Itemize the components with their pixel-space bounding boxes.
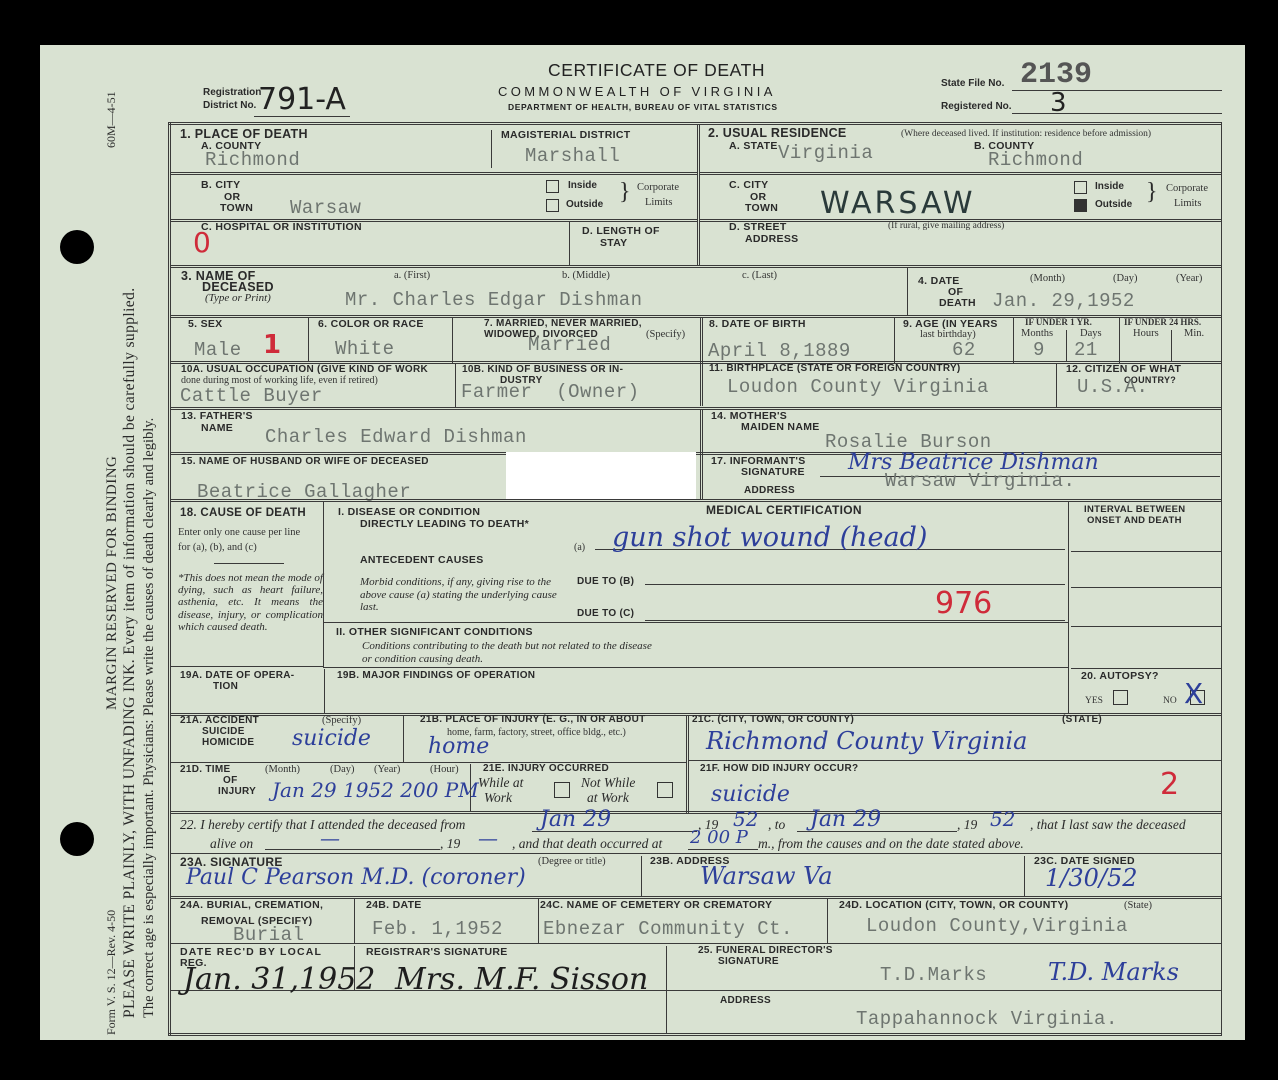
line xyxy=(688,849,758,850)
sex-value: Male xyxy=(194,339,242,361)
under24-label: IF UNDER 24 HRS. xyxy=(1124,318,1201,328)
injury-time-label-3: INJURY xyxy=(218,787,256,798)
occupation-label: 10a. USUAL OCCUPATION (Give kind of work xyxy=(181,365,428,376)
place-city-value: Warsaw xyxy=(290,197,361,219)
residence-inside-label: Inside xyxy=(1095,181,1124,192)
residence-outside-checkbox[interactable] xyxy=(1074,199,1087,212)
form-code: Form V. S. 12—Rev. 4-50 xyxy=(104,910,119,1035)
row-divider xyxy=(171,499,1221,502)
operation-findings-label: 19b. MAJOR FINDINGS OF OPERATION xyxy=(337,671,535,682)
injury-time-label: 21d. TIME xyxy=(180,765,231,776)
place-outside-checkbox[interactable] xyxy=(546,199,559,212)
death-time-value[interactable]: 2 00 P xyxy=(690,827,748,848)
row-divider xyxy=(700,172,1221,175)
divider xyxy=(689,760,1221,761)
binding-hole-top xyxy=(60,230,94,264)
funeral-director-typed: T.D.Marks xyxy=(880,964,987,986)
autopsy-yes-checkbox[interactable] xyxy=(1113,690,1128,705)
business-value: Farmer (Owner) xyxy=(461,381,640,403)
last-name-label: c. (Last) xyxy=(742,270,777,282)
line xyxy=(666,990,1221,991)
not-while-at-work-checkbox[interactable] xyxy=(657,782,673,798)
injury-location-label: 21c. (CITY, TOWN, OR COUNTY) xyxy=(692,715,854,726)
mother-label-2: MAIDEN NAME xyxy=(741,422,820,433)
burial-method-label: 24a. BURIAL, CREMATION, xyxy=(180,900,323,911)
certificate-title: CERTIFICATE OF DEATH xyxy=(548,60,765,81)
stay-divider xyxy=(569,222,570,266)
hospital-value: 0 xyxy=(193,226,211,259)
burial-date-value: Feb. 1,1952 xyxy=(372,918,503,940)
autopsy-no-label: NO xyxy=(1163,696,1177,706)
middle-name-label: b. (Middle) xyxy=(562,270,610,282)
divider xyxy=(171,666,323,667)
dod-label-3: DEATH xyxy=(939,298,976,309)
redaction-box xyxy=(506,452,696,500)
registered-no-value: 3 xyxy=(1050,88,1067,118)
occupation-value: Cattle Buyer xyxy=(180,385,323,407)
medical-certification-label: MEDICAL CERTIFICATION xyxy=(706,504,862,517)
limits-label: Limits xyxy=(645,197,672,209)
father-label: 13. FATHER'S xyxy=(181,411,253,422)
department-name: DEPARTMENT OF HEALTH, BUREAU OF VITAL ST… xyxy=(508,102,778,112)
row-divider xyxy=(171,853,1221,854)
deceased-name-value: Mr. Charles Edgar Dishman xyxy=(345,289,643,311)
magisterial-label: MAGISTERIAL DISTRICT xyxy=(501,130,630,141)
citizen-value: U.S.A. xyxy=(1077,376,1148,398)
text-to: , to xyxy=(768,817,785,833)
injury-type-label-3: HOMICIDE xyxy=(202,738,254,749)
under1-label: IF UNDER 1 YR. xyxy=(1025,318,1092,328)
burial-state-label: (State) xyxy=(1124,900,1152,912)
row-divider xyxy=(171,407,1221,410)
last-saw-text: , that I last saw the deceased xyxy=(1030,817,1186,833)
city-town-label: TOWN xyxy=(220,203,253,214)
divider xyxy=(1171,330,1172,362)
divider xyxy=(894,318,895,363)
sex-label: 5. SEX xyxy=(188,319,222,330)
name-label-3: (Type or Print) xyxy=(205,292,271,305)
divider xyxy=(1024,856,1025,896)
residence-state-label: a. STATE xyxy=(729,141,778,152)
divider xyxy=(1056,363,1057,407)
birthplace-value: Loudon County Virginia xyxy=(727,376,989,398)
interval-line xyxy=(1071,551,1221,552)
time-day-label: (Day) xyxy=(330,764,355,776)
funeral-director-label-2: SIGNATURE xyxy=(718,957,779,968)
divider xyxy=(1071,668,1221,669)
funeral-director-signature[interactable]: T.D. Marks xyxy=(1048,958,1179,986)
divider xyxy=(1119,318,1120,363)
residence-note: (Where deceased lived. If institution: r… xyxy=(901,129,1151,139)
divider xyxy=(455,363,456,407)
cause-line-c xyxy=(645,620,1065,621)
interval-divider xyxy=(1068,502,1069,714)
cause-a-value[interactable]: gun shot wound (head) xyxy=(612,522,927,553)
marital-specify: (Specify) xyxy=(646,329,685,341)
divider xyxy=(308,318,309,362)
interval-label: INTERVAL BETWEEN xyxy=(1084,505,1185,515)
burial-date-label: 24b. DATE xyxy=(366,900,422,911)
days-value: 21 xyxy=(1074,339,1098,361)
injury-location-value[interactable]: Richmond County Virginia xyxy=(706,727,1027,755)
cause-instruction-2: for (a), (b), and (c) xyxy=(178,542,257,554)
date-signed-value[interactable]: 1/30/52 xyxy=(1045,864,1138,892)
part2-note: Conditions contributing to the death but… xyxy=(362,640,662,665)
residence-city-value: WARSAW xyxy=(820,186,976,221)
certificate-subtitle: COMMONWEALTH OF VIRGINIA xyxy=(498,84,776,99)
injury-place-label: 21b. PLACE OF INJURY (e. g., in or about xyxy=(420,715,646,726)
binding-notice: MARGIN RESERVED FOR BINDING xyxy=(104,456,121,710)
autopsy-yes-label: YES xyxy=(1085,696,1103,706)
residence-label: 2. USUAL RESIDENCE xyxy=(708,127,847,140)
time-month-label: (Month) xyxy=(265,764,300,776)
registrar-signature-value[interactable]: Mrs. M.F. Sisson xyxy=(395,962,648,997)
line-b-label: DUE TO (b) xyxy=(577,577,634,588)
not-while-label-2: at Work xyxy=(587,790,629,806)
row-divider xyxy=(171,943,1221,944)
row-divider xyxy=(171,172,697,175)
stay-label: d. LENGTH OF xyxy=(582,226,660,237)
residence-city-label: c. CITY xyxy=(729,180,768,191)
registrar-label: REGISTRAR'S SIGNATURE xyxy=(366,947,508,958)
cause-line-b xyxy=(645,584,1065,585)
injury-type-value[interactable]: suicide xyxy=(292,726,371,751)
frame-top xyxy=(168,122,1222,125)
injury-time-value[interactable]: Jan 29 1952 200 PM xyxy=(272,778,479,802)
race-label: 6. COLOR OR RACE xyxy=(318,319,424,330)
street-label-2: ADDRESS xyxy=(745,234,798,245)
operation-date-label-2: TION xyxy=(213,682,238,693)
cause-instruction-1: Enter only one cause per line xyxy=(178,527,300,539)
first-name-label: a. (First) xyxy=(394,270,430,282)
informant-label-2: SIGNATURE xyxy=(741,467,805,478)
divider xyxy=(641,856,642,896)
hours-label: Hours xyxy=(1133,328,1159,340)
magisterial-value: Marshall xyxy=(525,145,620,167)
residence-city-town: TOWN xyxy=(745,203,778,214)
street-note: (If rural, give mailing address) xyxy=(888,221,1004,231)
stay-label-2: STAY xyxy=(600,238,627,249)
line xyxy=(265,849,440,850)
age-value: 62 xyxy=(952,339,976,361)
text-19: , 19 xyxy=(957,817,977,833)
autopsy-no-mark: X xyxy=(1184,677,1203,710)
divider xyxy=(538,899,539,943)
injury-time-label-2: OF xyxy=(223,776,238,787)
antecedent-note: Morbid conditions, if any, giving rise t… xyxy=(360,576,570,614)
street-label: d. STREET xyxy=(729,222,787,233)
divider xyxy=(686,716,689,813)
brace: } xyxy=(1146,179,1158,206)
divider xyxy=(323,667,1068,668)
residence-county-value: Richmond xyxy=(988,149,1083,171)
divider xyxy=(452,318,453,363)
frame-bottom xyxy=(168,1033,1222,1036)
injury-type-label: 21a. ACCIDENT xyxy=(180,716,259,727)
place-inside-checkbox[interactable] xyxy=(546,180,559,193)
row-divider xyxy=(171,265,1221,268)
attended-from-value[interactable]: Jan 29 xyxy=(540,807,611,832)
cause-footnote: *This does not mean the mode of dying, s… xyxy=(178,572,323,633)
months-value: 9 xyxy=(1033,339,1045,361)
registration-district-value: 791-A xyxy=(258,82,346,117)
burial-location-label: 24d. LOCATION (City, town, or county) xyxy=(839,900,1068,911)
burial-location-value: Loudon County,Virginia xyxy=(866,915,1128,937)
row-divider xyxy=(171,811,1221,814)
injury-occurred-label: 21e. INJURY OCCURRED xyxy=(483,764,609,775)
injury-type-specify: (Specify) xyxy=(322,715,361,727)
operation-date-label: 19a. DATE OF OPERA- xyxy=(180,671,294,682)
cause-of-death-label: 18. CAUSE OF DEATH xyxy=(180,507,306,519)
divider xyxy=(403,716,404,762)
divider xyxy=(470,764,471,812)
father-value: Charles Edward Dishman xyxy=(265,426,527,448)
inside-label: Inside xyxy=(568,180,597,191)
not-while-label: Not While xyxy=(581,775,635,791)
divider xyxy=(827,899,828,943)
interval-line xyxy=(1071,587,1221,588)
injury-how-value[interactable]: suicide xyxy=(711,782,790,807)
while-at-work-label: While at xyxy=(478,775,523,791)
antecedent-label: ANTECEDENT CAUSES xyxy=(360,555,484,566)
divider xyxy=(354,899,355,943)
interval-line xyxy=(1071,626,1221,627)
informant-address-label: ADDRESS xyxy=(744,486,795,497)
while-at-work-label-2: Work xyxy=(484,790,512,806)
marital-label: 7. MARRIED, NEVER MARRIED, xyxy=(484,319,642,330)
day-label: (Day) xyxy=(1113,273,1138,285)
residence-corporate-label: Corporate xyxy=(1166,183,1208,195)
frame-right xyxy=(1221,122,1222,1036)
informant-signature: Mrs Beatrice Dishman xyxy=(848,450,1099,475)
divider xyxy=(324,669,325,713)
residence-limits-label: Limits xyxy=(1174,198,1201,210)
injury-state-label: (STATE) xyxy=(1062,715,1102,726)
attended-to-year[interactable]: 52 xyxy=(990,807,1015,831)
residence-inside-checkbox[interactable] xyxy=(1074,181,1087,194)
alive-on-year[interactable]: — xyxy=(478,826,498,850)
dob-label: 8. DATE OF BIRTH xyxy=(709,319,806,330)
registration-district-label: Registration District No. xyxy=(203,86,261,112)
magisterial-divider xyxy=(491,130,492,168)
part1-label: I. DISEASE OR CONDITION xyxy=(338,507,480,518)
registered-no-line xyxy=(1012,113,1222,114)
line-c-label: DUE TO (c) xyxy=(577,609,634,620)
citizen-label: 12. CITIZEN OF WHAT xyxy=(1066,364,1181,375)
cemetery-value: Ebnezar Community Ct. xyxy=(543,918,793,940)
alive-on-text: alive on xyxy=(210,836,253,852)
instruction-line-1: PLEASE WRITE PLAINLY, WITH UNFADING INK.… xyxy=(121,287,139,1018)
physician-address-value[interactable]: Warsaw Va xyxy=(700,862,833,890)
alive-on-value[interactable]: — xyxy=(320,826,340,850)
residence-outside-label: Outside xyxy=(1095,199,1132,210)
city-label: b. CITY xyxy=(201,180,240,191)
race-value: White xyxy=(335,338,395,360)
sex-code: 1 xyxy=(263,330,281,360)
state-file-value: 2139 xyxy=(1020,58,1092,92)
part2-label: II. OTHER SIGNIFICANT CONDITIONS xyxy=(336,627,533,638)
text-19: , 19 xyxy=(440,836,460,852)
time-hour-label: (Hour) xyxy=(430,764,459,776)
funeral-director-label: 25. FUNERAL DIRECTOR'S xyxy=(698,946,833,957)
death-occurred-text: , and that death occurred at xyxy=(512,836,662,852)
line-a-label: (a) xyxy=(574,542,585,553)
injury-place-value[interactable]: home xyxy=(428,734,489,759)
physician-signature-value[interactable]: Paul C Pearson M.D. (coroner) xyxy=(186,865,526,890)
state-file-label: State File No. xyxy=(941,78,1004,89)
interval-label-2: ONSET AND DEATH xyxy=(1087,516,1182,526)
outside-label: Outside xyxy=(566,199,603,210)
instruction-line-2: The correct age is especially important.… xyxy=(141,418,158,1018)
cemetery-label: 24c. NAME OF CEMETERY OR CREMATORY xyxy=(540,900,772,911)
divider xyxy=(323,502,324,667)
received-date-value[interactable]: Jan. 31,1952 xyxy=(183,962,375,997)
print-code: 60M—4-51 xyxy=(104,91,119,148)
certify-end-text: m., from the causes and on the date stat… xyxy=(758,836,1024,852)
min-label: Min. xyxy=(1184,328,1204,340)
degree-label: (Degree or title) xyxy=(538,856,606,868)
divider xyxy=(1013,318,1014,363)
time-year-label: (Year) xyxy=(374,764,400,776)
date-divider xyxy=(907,267,908,316)
binding-hole-bottom xyxy=(60,822,94,856)
attended-to-value[interactable]: Jan 29 xyxy=(810,807,881,832)
autopsy-label: 20. AUTOPSY? xyxy=(1081,671,1159,682)
registered-no-label: Registered No. xyxy=(941,101,1012,112)
injury-how-label: 21f. HOW DID INJURY OCCUR? xyxy=(700,764,858,775)
injury-code-value: 2 xyxy=(1160,767,1179,802)
year-label: (Year) xyxy=(1176,273,1202,285)
funeral-address-value: Tappahannock Virginia. xyxy=(856,1008,1118,1030)
corporate-label: Corporate xyxy=(637,182,679,194)
place-county-value: Richmond xyxy=(205,149,300,171)
divider xyxy=(323,622,1068,623)
business-label: 10b. KIND OF BUSINESS OR IN- xyxy=(462,365,623,376)
divider-place-residence xyxy=(697,125,700,266)
injury-type-label-2: SUICIDE xyxy=(202,727,245,738)
divider xyxy=(1066,330,1067,362)
date-of-death-value: Jan. 29,1952 xyxy=(992,290,1135,312)
marital-value: Married xyxy=(528,334,611,356)
months-label: Months xyxy=(1021,328,1053,340)
dob-value: April 8,1889 xyxy=(708,340,851,362)
spouse-label: 15. NAME OF HUSBAND OR WIFE OF DECEASED xyxy=(181,457,429,468)
brace: } xyxy=(619,179,631,206)
hospital-label: c. HOSPITAL OR INSTITUTION xyxy=(201,222,362,233)
month-label: (Month) xyxy=(1030,273,1065,285)
birthplace-label: 11. BIRTHPLACE (State or foreign country… xyxy=(709,364,961,375)
while-at-work-checkbox[interactable] xyxy=(554,782,570,798)
cause-code-value: 976 xyxy=(935,586,992,621)
funeral-address-label: ADDRESS xyxy=(720,996,771,1007)
father-label-2: NAME xyxy=(201,423,233,434)
days-label: Days xyxy=(1080,328,1102,340)
residence-state-value: Virginia xyxy=(778,142,873,164)
divider xyxy=(214,563,284,564)
part1-label-2: DIRECTLY LEADING TO DEATH* xyxy=(360,519,529,530)
